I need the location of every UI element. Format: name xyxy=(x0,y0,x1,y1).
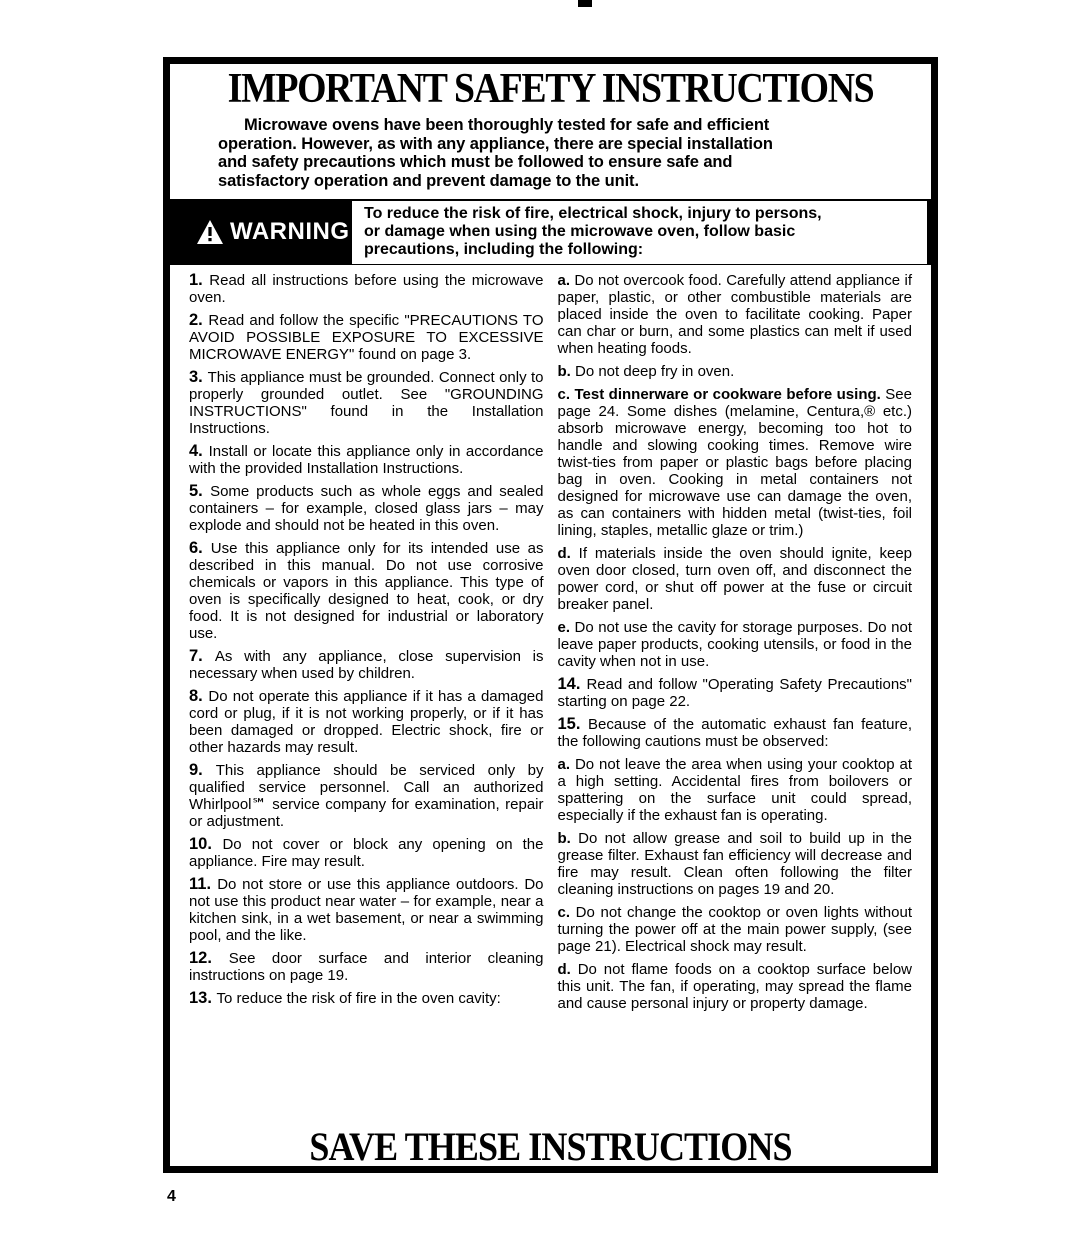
item-label: 4. xyxy=(189,442,209,460)
instruction-item: 6. Use this appliance only for its inten… xyxy=(189,540,544,642)
item-label: 3. xyxy=(189,368,208,386)
warning-label: WARNING xyxy=(170,218,350,246)
manual-page: IMPORTANT SAFETY INSTRUCTIONS Microwave … xyxy=(0,0,1080,1249)
instruction-item: b. Do not allow grease and soil to build… xyxy=(558,830,913,898)
item-label: 15. xyxy=(558,715,589,733)
item-label: 7. xyxy=(189,647,215,665)
instruction-item: 5. Some products such as whole eggs and … xyxy=(189,483,544,534)
warning-word: WARNING xyxy=(230,218,350,246)
instruction-item: b. Do not deep fry in oven. xyxy=(558,363,913,380)
instruction-columns: 1. Read all instructions before using th… xyxy=(170,272,931,1130)
item-label: 8. xyxy=(189,687,208,705)
item-label: 9. xyxy=(189,761,216,779)
instruction-item: 4. Install or locate this appliance only… xyxy=(189,443,544,477)
item-label: c. xyxy=(558,904,576,921)
item-label: b. xyxy=(558,363,576,380)
instruction-item: c. Test dinnerware or cookware before us… xyxy=(558,386,913,539)
instruction-item: 12. See door surface and interior cleani… xyxy=(189,950,544,984)
intro-paragraph: Microwave ovens have been thoroughly tes… xyxy=(218,116,883,190)
instruction-item: c. Do not change the cooktop or oven lig… xyxy=(558,904,913,955)
instruction-item: 2. Read and follow the specific "PRECAUT… xyxy=(189,312,544,363)
instruction-item: 8. Do not operate this appliance if it h… xyxy=(189,688,544,756)
instruction-item: 1. Read all instructions before using th… xyxy=(189,272,544,306)
item-label: e. xyxy=(558,619,575,636)
warning-text: To reduce the risk of fire, electrical s… xyxy=(352,201,927,264)
save-instructions-title: SAVE THESE INSTRUCTIONS xyxy=(208,1126,893,1168)
instruction-item: e. Do not use the cavity for storage pur… xyxy=(558,619,913,670)
instruction-item: a. Do not leave the area when using your… xyxy=(558,756,913,824)
warning-banner: WARNING To reduce the risk of fire, elec… xyxy=(170,199,931,265)
item-label: 5. xyxy=(189,482,210,500)
page-title: IMPORTANT SAFETY INSTRUCTIONS xyxy=(208,67,893,111)
instruction-item: 15. Because of the automatic exhaust fan… xyxy=(558,716,913,750)
page-number: 4 xyxy=(167,1188,176,1206)
item-label: 1. xyxy=(189,272,209,289)
left-column: 1. Read all instructions before using th… xyxy=(189,272,544,1130)
item-label: a. xyxy=(558,272,575,289)
item-label: 12. xyxy=(189,949,229,967)
item-label: b. xyxy=(558,830,579,847)
scan-artifact xyxy=(578,0,592,7)
instruction-item: 9. This appliance should be serviced onl… xyxy=(189,762,544,830)
instruction-item: 3. This appliance must be grounded. Conn… xyxy=(189,369,544,437)
instruction-item: 7. As with any appliance, close supervis… xyxy=(189,648,544,682)
item-bold-lead: Test dinnerware or cookware before using… xyxy=(574,386,885,403)
right-column: a. Do not overcook food. Carefully atten… xyxy=(558,272,913,1130)
instruction-item: 13. To reduce the risk of fire in the ov… xyxy=(189,990,544,1007)
instruction-item: a. Do not overcook food. Carefully atten… xyxy=(558,272,913,357)
item-label: c. xyxy=(558,386,575,403)
instruction-item: d. Do not flame foods on a cooktop surfa… xyxy=(558,961,913,1012)
item-label: 2. xyxy=(189,311,208,329)
instruction-item: 14. Read and follow "Operating Safety Pr… xyxy=(558,676,913,710)
item-label: d. xyxy=(558,961,578,978)
instruction-item: 10. Do not cover or block any opening on… xyxy=(189,836,544,870)
safety-instructions-box: IMPORTANT SAFETY INSTRUCTIONS Microwave … xyxy=(163,57,938,1173)
item-label: 6. xyxy=(189,539,211,557)
warning-triangle-icon xyxy=(197,220,223,244)
instruction-item: 11. Do not store or use this appliance o… xyxy=(189,876,544,944)
item-label: 10. xyxy=(189,835,222,853)
item-label: 14. xyxy=(558,675,587,693)
instruction-item: d. If materials inside the oven should i… xyxy=(558,545,913,613)
item-label: 13. xyxy=(189,989,217,1007)
item-label: 11. xyxy=(189,875,217,893)
item-label: d. xyxy=(558,545,579,562)
item-label: a. xyxy=(558,756,575,773)
